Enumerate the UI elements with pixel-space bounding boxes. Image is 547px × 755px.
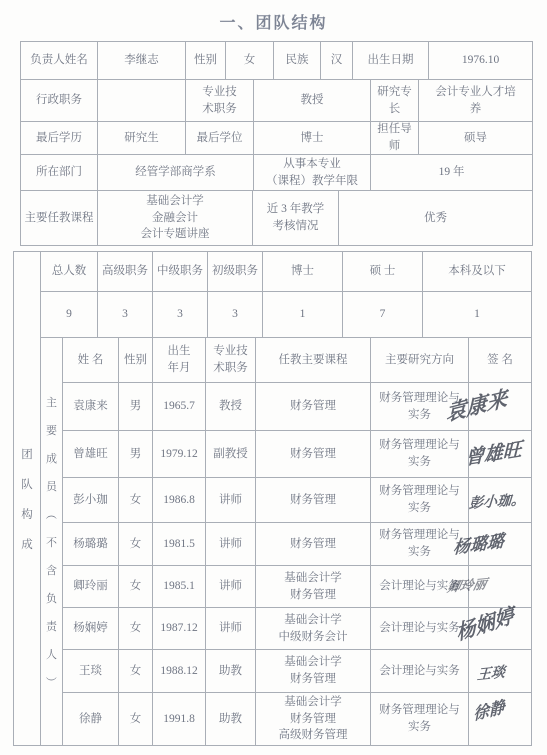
stats-doctor-label: 博士	[263, 252, 343, 291]
member-research: 会计理论与实务	[371, 566, 469, 607]
member-title: 教授	[206, 383, 256, 430]
member-row: 卿玲丽 女 1985.1 讲师 基础会计学 财务管理 会计理论与实务 卿玲丽	[63, 566, 531, 608]
member-name: 曾雄旺	[63, 431, 119, 477]
signature-handwriting: 王琰	[476, 662, 505, 685]
stats-junior-label: 初级职务	[208, 252, 263, 291]
member-birth: 1987.12	[153, 608, 206, 649]
col-header-research: 主要研究方向	[371, 338, 469, 382]
member-birth: 1981.5	[153, 523, 206, 565]
admin-post-label: 行政职务	[21, 80, 98, 121]
member-name: 袁康来	[63, 383, 119, 430]
member-gender: 女	[119, 608, 153, 649]
birth-label: 出生日期	[353, 42, 429, 79]
edu-value: 研究生	[98, 122, 186, 154]
member-signature-cell: 徐静	[469, 693, 531, 745]
stats-header-row: 总人数 高级职务 中级职务 初级职务 博士 硕 士 本科及以下	[41, 252, 531, 292]
courses-label: 主要任教课程	[21, 191, 98, 245]
member-title: 助教	[206, 693, 256, 745]
member-signature-cell: 曾雄旺	[469, 431, 531, 477]
stats-bachelor-value: 1	[423, 292, 531, 337]
stats-mid-value: 3	[153, 292, 208, 337]
edu-label: 最后学历	[21, 122, 98, 154]
signature-handwriting: 曾雄旺	[465, 436, 522, 473]
scanned-form-page: { "title": "一、团队结构", "leader": { "name_l…	[0, 0, 547, 755]
member-row: 王琰 女 1988.12 助教 基础会计学 财务管理 会计理论与实务 王琰	[63, 650, 531, 693]
member-courses: 财务管理	[256, 383, 371, 430]
member-row: 曾雄旺 男 1979.12 副教授 财务管理 财务管理理论与 实务 曾雄旺	[63, 431, 531, 478]
member-signature-cell: 王琰	[469, 650, 531, 692]
leader-row-department: 所在部门 经管学部商学系 从事本专业 （课程）教学年限 19 年	[21, 155, 532, 191]
member-birth: 1979.12	[153, 431, 206, 477]
degree-label: 最后学位	[186, 122, 254, 154]
leader-name-label: 负责人姓名	[21, 42, 98, 79]
member-area: 主要成员（不含负责人） 姓 名 性别 出生 年月 专业技 术职务 任教主要课程 …	[41, 338, 531, 745]
member-courses: 基础会计学 财务管理 高级财务管理	[256, 693, 371, 745]
member-name: 卿玲丽	[63, 566, 119, 607]
member-courses: 财务管理	[256, 431, 371, 477]
courses-value: 基础会计学 金融会计 会计专题讲座	[98, 191, 253, 245]
team-composition-table: 团队构成 总人数 高级职务 中级职务 初级职务 博士 硕 士 本科及以下 9 3…	[13, 251, 532, 746]
member-courses: 基础会计学 财务管理	[256, 566, 371, 607]
admin-post-value	[98, 80, 186, 121]
mentor-value: 硕导	[419, 122, 532, 154]
specialty-label: 研究专长	[371, 80, 419, 121]
stats-mid-label: 中级职务	[153, 252, 208, 291]
member-birth: 1985.1	[153, 566, 206, 607]
stats-doctor-value: 1	[263, 292, 343, 337]
member-gender: 女	[119, 523, 153, 565]
gender-value: 女	[226, 42, 274, 79]
stats-junior-value: 3	[208, 292, 263, 337]
stats-senior-value: 3	[98, 292, 153, 337]
tech-title-label: 专业技 术职务	[186, 80, 254, 121]
member-gender: 女	[119, 650, 153, 692]
ethnic-label: 民族	[274, 42, 321, 79]
members-header-row: 姓 名 性别 出生 年月 专业技 术职务 任教主要课程 主要研究方向 签 名	[63, 338, 531, 383]
member-courses: 基础会计学 中级财务会计	[256, 608, 371, 649]
leader-row-position: 行政职务 专业技 术职务 教授 研究专长 会计专业人才培 养	[21, 80, 532, 122]
member-row: 杨娴婷 女 1987.12 讲师 基础会计学 中级财务会计 会计理论与实务 杨娴…	[63, 608, 531, 650]
stats-senior-label: 高级职务	[98, 252, 153, 291]
member-birth: 1986.8	[153, 478, 206, 522]
member-courses: 财务管理	[256, 523, 371, 565]
member-birth: 1991.8	[153, 693, 206, 745]
member-gender: 女	[119, 566, 153, 607]
member-signature-cell: 杨娴婷	[469, 608, 531, 649]
member-title: 讲师	[206, 478, 256, 522]
member-courses: 基础会计学 财务管理	[256, 650, 371, 692]
mentor-label: 担任导师	[371, 122, 419, 154]
member-signature-cell: 彭小珈。	[469, 478, 531, 522]
evaluation-value: 优秀	[339, 191, 532, 245]
member-research: 财务管理理论与 实务	[371, 478, 469, 522]
member-birth: 1965.7	[153, 383, 206, 430]
member-signature-cell: 杨璐璐	[469, 523, 531, 565]
member-name: 王琰	[63, 650, 119, 692]
stats-total-value: 9	[41, 292, 98, 337]
signature-handwriting: 徐静	[473, 695, 505, 726]
member-birth: 1988.12	[153, 650, 206, 692]
member-row: 袁康来 男 1965.7 教授 财务管理 财务管理理论与 实务 袁康来	[63, 383, 531, 431]
member-gender: 男	[119, 383, 153, 430]
member-row: 彭小珈 女 1986.8 讲师 财务管理 财务管理理论与 实务 彭小珈。	[63, 478, 531, 523]
col-header-gender: 性别	[119, 338, 153, 382]
member-research: 财务管理理论与 实务	[371, 383, 469, 430]
team-composition-vertical-label: 团队构成	[14, 252, 41, 745]
signature-handwriting: 彭小珈。	[468, 490, 525, 514]
member-research: 会计理论与实务	[371, 608, 469, 649]
col-header-title: 专业技 术职务	[206, 338, 256, 382]
stats-master-label: 硕 士	[343, 252, 423, 291]
leader-row-identity: 负责人姓名 李继志 性别 女 民族 汉 出生日期 1976.10	[21, 42, 532, 80]
member-research: 财务管理理论与 实务	[371, 431, 469, 477]
member-name: 杨璐璐	[63, 523, 119, 565]
evaluation-label: 近 3 年教学 考核情况	[253, 191, 339, 245]
members-table: 姓 名 性别 出生 年月 专业技 术职务 任教主要课程 主要研究方向 签 名 袁…	[63, 338, 531, 745]
member-research: 财务管理理论与 实务	[371, 693, 469, 745]
teaching-years-value: 19 年	[371, 155, 532, 190]
degree-value: 博士	[254, 122, 371, 154]
stats-total-label: 总人数	[41, 252, 98, 291]
member-row: 杨璐璐 女 1981.5 讲师 财务管理 财务管理理论与 实务 杨璐璐	[63, 523, 531, 566]
member-gender: 女	[119, 693, 153, 745]
member-title: 副教授	[206, 431, 256, 477]
teaching-years-label: 从事本专业 （课程）教学年限	[254, 155, 371, 190]
member-signature-cell: 卿玲丽	[469, 566, 531, 607]
member-title: 讲师	[206, 608, 256, 649]
stats-master-value: 7	[343, 292, 423, 337]
member-name: 徐静	[63, 693, 119, 745]
tech-title-value: 教授	[254, 80, 371, 121]
member-title: 讲师	[206, 566, 256, 607]
leader-info-table: 负责人姓名 李继志 性别 女 民族 汉 出生日期 1976.10 行政职务 专业…	[20, 41, 533, 246]
dept-label: 所在部门	[21, 155, 98, 190]
birth-value: 1976.10	[429, 42, 532, 79]
dept-value: 经管学部商学系	[98, 155, 254, 190]
col-header-name: 姓 名	[63, 338, 119, 382]
member-name: 杨娴婷	[63, 608, 119, 649]
ethnic-value: 汉	[321, 42, 353, 79]
member-gender: 女	[119, 478, 153, 522]
member-research: 财务管理理论与 实务	[371, 523, 469, 565]
stats-bachelor-label: 本科及以下	[423, 252, 531, 291]
col-header-signature: 签 名	[469, 338, 531, 382]
specialty-value: 会计专业人才培 养	[419, 80, 532, 121]
stats-values-row: 9 3 3 3 1 7 1	[41, 292, 531, 338]
main-members-vertical-label: 主要成员（不含负责人）	[41, 338, 63, 745]
col-header-birth: 出生 年月	[153, 338, 206, 382]
member-title: 助教	[206, 650, 256, 692]
leader-row-courses: 主要任教课程 基础会计学 金融会计 会计专题讲座 近 3 年教学 考核情况 优秀	[21, 191, 532, 245]
page-title: 一、团队结构	[0, 10, 547, 33]
member-research: 会计理论与实务	[371, 650, 469, 692]
member-gender: 男	[119, 431, 153, 477]
leader-name-value: 李继志	[98, 42, 186, 79]
member-courses: 财务管理	[256, 478, 371, 522]
leader-row-education: 最后学历 研究生 最后学位 博士 担任导师 硕导	[21, 122, 532, 155]
member-name: 彭小珈	[63, 478, 119, 522]
member-signature-cell: 袁康来	[469, 383, 531, 430]
member-title: 讲师	[206, 523, 256, 565]
member-row: 徐静 女 1991.8 助教 基础会计学 财务管理 高级财务管理 财务管理理论与…	[63, 693, 531, 745]
gender-label: 性别	[186, 42, 226, 79]
col-header-courses: 任教主要课程	[256, 338, 371, 382]
